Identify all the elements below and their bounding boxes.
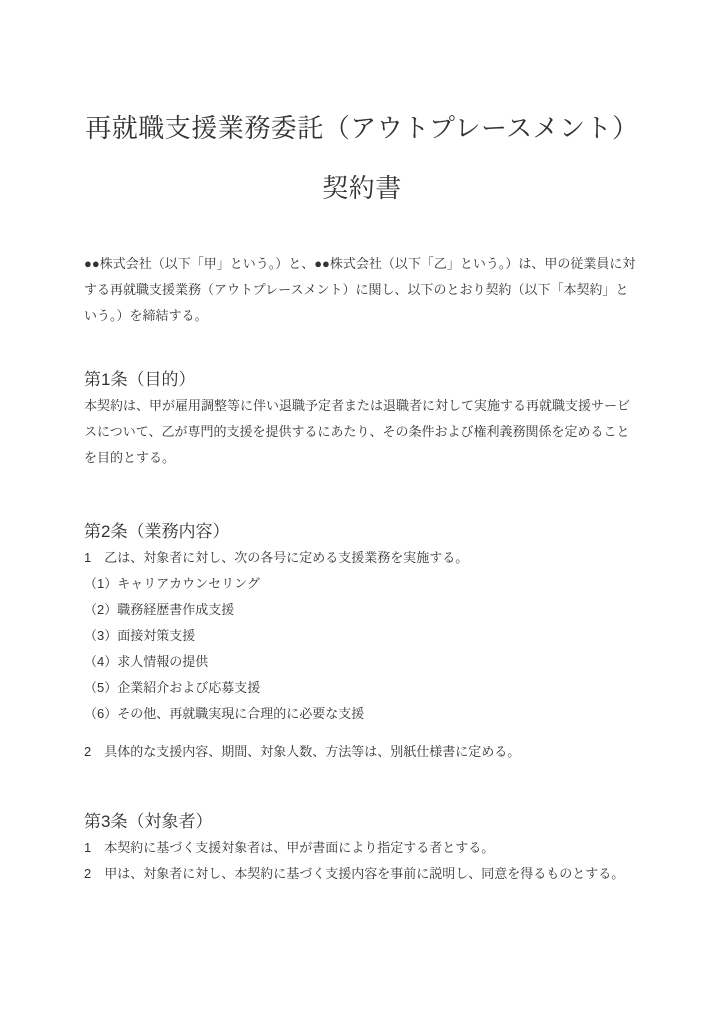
article-3-clause-1: 1 本契約に基づく支援対象者は、甲が書面により指定する者とする。 — [84, 835, 640, 861]
section-article-2: 第2条（業務内容） 1 乙は、対象者に対し、次の各号に定める支援業務を実施する。… — [84, 519, 640, 765]
article-2-clause-1: 1 乙は、対象者に対し、次の各号に定める支援業務を実施する。 — [84, 545, 640, 571]
article-2-list-item-5: （5）企業紹介および応募支援 — [84, 675, 640, 701]
title-line-1: 再就職支援業務委託（アウトプレースメント） — [84, 110, 640, 146]
article-2-list-item-2: （2）職務経歴書作成支援 — [84, 597, 640, 623]
article-3-heading: 第3条（対象者） — [84, 809, 640, 835]
article-2-clause-2: 2 具体的な支援内容、期間、対象人数、方法等は、別紙仕様書に定める。 — [84, 739, 640, 765]
article-1-heading: 第1条（目的） — [84, 367, 640, 393]
article-2-list-item-1: （1）キャリアカウンセリング — [84, 571, 640, 597]
article-3-clause-2: 2 甲は、対象者に対し、本契約に基づく支援内容を事前に説明し、同意を得るものとす… — [84, 861, 640, 887]
article-2-list-item-3: （3）面接対策支援 — [84, 623, 640, 649]
preamble-paragraph: ●●株式会社（以下「甲」という。）と、●●株式会社（以下「乙」という。）は、甲の… — [84, 251, 640, 329]
article-1-body: 本契約は、甲が雇用調整等に伴い退職予定者または退職者に対して実施する再就職支援サ… — [84, 393, 640, 471]
document-title: 再就職支援業務委託（アウトプレースメント） 契約書 — [84, 110, 640, 206]
section-article-1: 第1条（目的） 本契約は、甲が雇用調整等に伴い退職予定者または退職者に対して実施… — [84, 367, 640, 471]
document-page: 再就職支援業務委託（アウトプレースメント） 契約書 ●●株式会社（以下「甲」とい… — [0, 0, 724, 1024]
title-line-2: 契約書 — [84, 170, 640, 206]
article-2-heading: 第2条（業務内容） — [84, 519, 640, 545]
section-article-3: 第3条（対象者） 1 本契約に基づく支援対象者は、甲が書面により指定する者とする… — [84, 809, 640, 887]
article-2-list-item-4: （4）求人情報の提供 — [84, 649, 640, 675]
article-2-list-item-6: （6）その他、再就職実現に合理的に必要な支援 — [84, 701, 640, 727]
